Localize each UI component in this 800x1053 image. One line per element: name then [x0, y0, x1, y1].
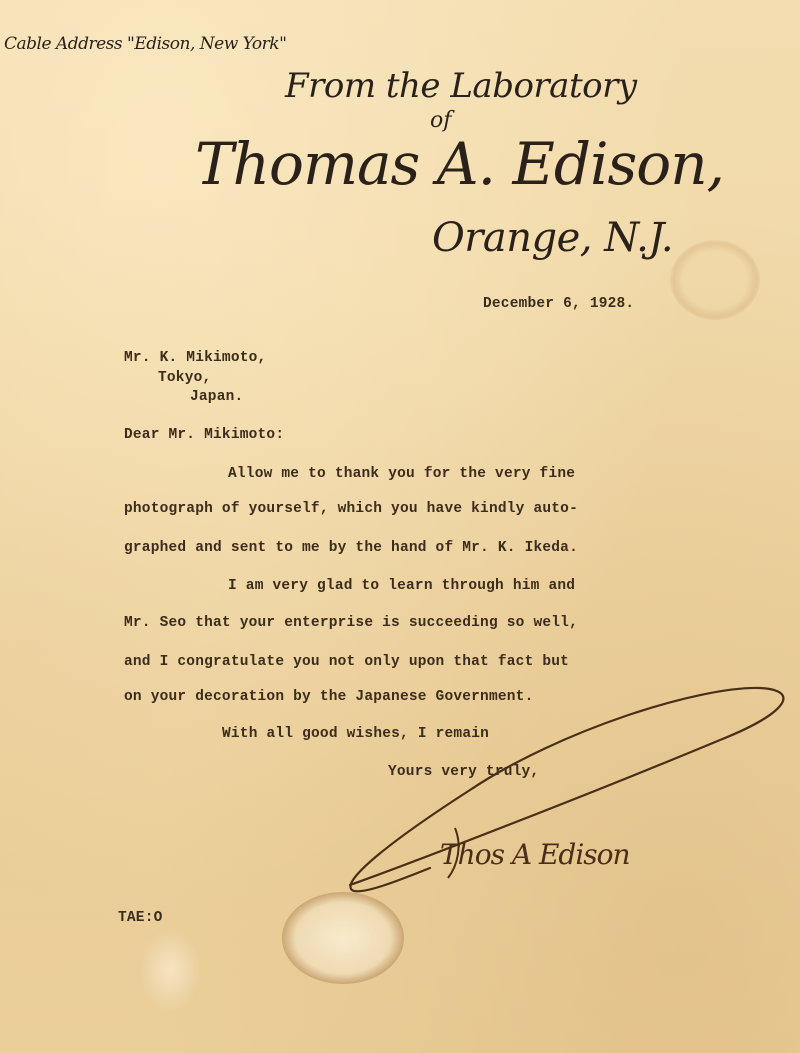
paper-stain	[140, 930, 200, 1010]
salutation: Dear Mr. Mikimoto:	[124, 427, 284, 443]
body-line: on your decoration by the Japanese Gover…	[124, 689, 533, 705]
closing: Yours very truly,	[388, 764, 539, 780]
typist-initials: TAE:O	[118, 910, 163, 926]
body-line: photograph of yourself, which you have k…	[124, 501, 578, 517]
paper-stain	[282, 892, 404, 984]
letter-date: December 6, 1928.	[483, 296, 634, 312]
body-line: With all good wishes, I remain	[222, 726, 489, 742]
paper-stain	[670, 240, 760, 320]
letterhead-from-line: From the Laboratory	[285, 66, 637, 106]
letterhead-name: Thomas A. Edison,	[195, 130, 724, 198]
letter-page: Cable Address "Edison, New York" From th…	[0, 0, 800, 1053]
body-line: and I congratulate you not only upon tha…	[124, 654, 569, 670]
body-line: Allow me to thank you for the very fine	[228, 466, 575, 482]
body-line: Mr. Seo that your enterprise is succeedi…	[124, 615, 578, 631]
letterhead-city: Orange, N.J.	[432, 215, 673, 261]
body-line: I am very glad to learn through him and	[228, 578, 575, 594]
signature: Thos A Edison	[440, 838, 630, 871]
body-line: graphed and sent to me by the hand of Mr…	[124, 540, 578, 556]
cable-address: Cable Address "Edison, New York"	[4, 34, 286, 54]
recipient-country: Japan.	[190, 389, 243, 405]
recipient-name: Mr. K. Mikimoto,	[124, 350, 266, 366]
recipient-city: Tokyo,	[158, 370, 211, 386]
